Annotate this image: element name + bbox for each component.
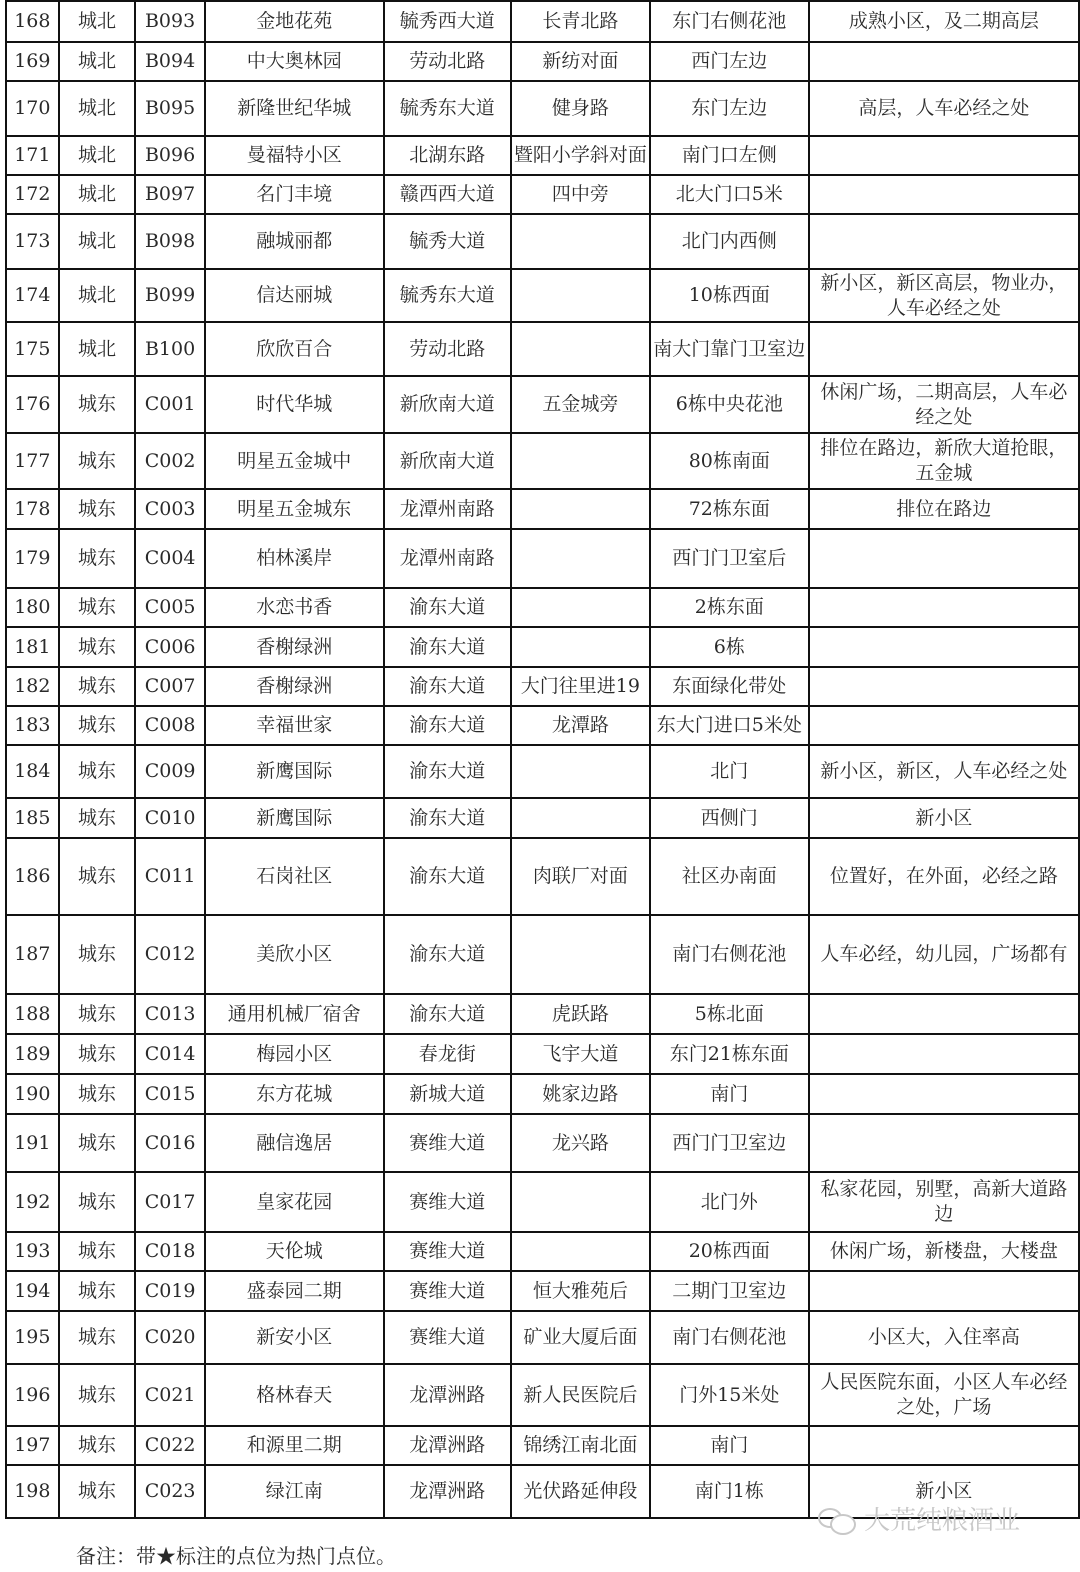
cell-location: 10栋西面 [650,269,809,322]
cell-community: 时代华城 [205,376,384,433]
cell-index: 195 [6,1311,59,1364]
cell-road: 渝东大道 [384,838,511,915]
cell-road: 劳动北路 [384,42,511,81]
cell-road: 赛维大道 [384,1114,511,1172]
cell-adjacent-road [511,1172,650,1232]
cell-index: 171 [6,136,59,175]
cell-code: B097 [135,175,205,214]
cell-index: 188 [6,994,59,1034]
cell-location: 北大门口5米 [650,175,809,214]
cell-community: 格林春天 [205,1364,384,1426]
cell-code: C002 [135,433,205,489]
cell-location: 东面绿化带处 [650,667,809,706]
watermark-text: 大荒纯粮酒业 [864,1500,1020,1537]
cell-adjacent-road [511,588,650,627]
cell-adjacent-road: 恒大雅苑后 [511,1271,650,1311]
cell-adjacent-road: 虎跃路 [511,994,650,1034]
cell-adjacent-road: 姚家边路 [511,1074,650,1114]
table-row: 184城东C009新鹰国际渝东大道北门新小区，新区，人车必经之处 [6,745,1079,798]
cell-index: 193 [6,1232,59,1271]
cell-road: 新欣南大道 [384,376,511,433]
cell-adjacent-road: 四中旁 [511,175,650,214]
cell-remark [809,42,1079,81]
cell-remark [809,136,1079,175]
cell-community: 新鹰国际 [205,745,384,798]
table-row: 183城东C008幸福世家渝东大道龙潭路东大门进口5米处 [6,706,1079,745]
cell-location: 西门门卫室边 [650,1114,809,1172]
cell-remark [809,1074,1079,1114]
footnote: 备注：带★标注的点位为热门点位。 [76,1540,396,1569]
cell-location: 南门 [650,1074,809,1114]
wechat-icon [818,1506,858,1532]
cell-code: C023 [135,1465,205,1518]
cell-district: 城东 [59,1465,136,1518]
cell-code: C021 [135,1364,205,1426]
cell-index: 174 [6,269,59,322]
cell-remark [809,322,1079,376]
table-row: 188城东C013通用机械厂宿舍渝东大道虎跃路5栋北面 [6,994,1079,1034]
cell-location: 南门1栋 [650,1465,809,1518]
cell-road: 赛维大道 [384,1311,511,1364]
cell-adjacent-road: 新纺对面 [511,42,650,81]
cell-adjacent-road: 长青北路 [511,1,650,42]
table-row: 173城北B098融城丽都毓秀大道北门内西侧 [6,214,1079,269]
cell-community: 通用机械厂宿舍 [205,994,384,1034]
cell-adjacent-road: 肉联厂对面 [511,838,650,915]
cell-adjacent-road [511,433,650,489]
cell-code: C020 [135,1311,205,1364]
table-row: 195城东C020新安小区赛维大道矿业大厦后面南门右侧花池小区大，入住率高 [6,1311,1079,1364]
table-row: 189城东C014梅园小区春龙街飞宇大道东门21栋东面 [6,1034,1079,1074]
cell-remark: 人车必经，幼儿园，广场都有 [809,915,1079,994]
cell-index: 179 [6,529,59,588]
cell-remark [809,1114,1079,1172]
table-row: 180城东C005水恋书香渝东大道2栋东面 [6,588,1079,627]
cell-road: 龙潭州南路 [384,489,511,529]
cell-district: 城东 [59,376,136,433]
cell-road: 毓秀东大道 [384,81,511,136]
cell-community: 香榭绿洲 [205,627,384,667]
cell-remark: 排位在路边，新欣大道抢眼，五金城 [809,433,1079,489]
cell-district: 城东 [59,915,136,994]
cell-remark: 小区大，入住率高 [809,1311,1079,1364]
cell-code: C012 [135,915,205,994]
cell-remark: 新小区 [809,798,1079,838]
table-row: 187城东C012美欣小区渝东大道南门右侧花池人车必经，幼儿园，广场都有 [6,915,1079,994]
cell-district: 城东 [59,706,136,745]
cell-location: 72栋东面 [650,489,809,529]
cell-road: 新欣南大道 [384,433,511,489]
cell-location: 二期门卫室边 [650,1271,809,1311]
cell-adjacent-road [511,489,650,529]
cell-district: 城东 [59,627,136,667]
cell-code: C001 [135,376,205,433]
cell-district: 城东 [59,798,136,838]
cell-location: 西门门卫室后 [650,529,809,588]
cell-adjacent-road: 龙兴路 [511,1114,650,1172]
cell-community: 明星五金城东 [205,489,384,529]
cell-community: 融城丽都 [205,214,384,269]
cell-community: 石岗社区 [205,838,384,915]
cell-remark: 人民医院东面，小区人车必经之处，广场 [809,1364,1079,1426]
cell-district: 城东 [59,838,136,915]
cell-community: 柏林溪岸 [205,529,384,588]
cell-community: 曼福特小区 [205,136,384,175]
cell-remark [809,706,1079,745]
cell-road: 渝东大道 [384,627,511,667]
cell-road: 渝东大道 [384,667,511,706]
cell-location: 东大门进口5米处 [650,706,809,745]
cell-road: 赛维大道 [384,1271,511,1311]
cell-remark [809,1271,1079,1311]
cell-location: 南门右侧花池 [650,915,809,994]
cell-community: 欣欣百合 [205,322,384,376]
cell-district: 城东 [59,1114,136,1172]
cell-code: C005 [135,588,205,627]
watermark: 大荒纯粮酒业 [818,1500,1020,1537]
cell-district: 城东 [59,588,136,627]
cell-community: 皇家花园 [205,1172,384,1232]
table-row: 191城东C016融信逸居赛维大道龙兴路西门门卫室边 [6,1114,1079,1172]
cell-code: C009 [135,745,205,798]
cell-index: 185 [6,798,59,838]
cell-remark: 休闲广场，新楼盘，大楼盘 [809,1232,1079,1271]
cell-location: 6栋中央花池 [650,376,809,433]
cell-community: 名门丰境 [205,175,384,214]
cell-code: C017 [135,1172,205,1232]
cell-code: C008 [135,706,205,745]
cell-district: 城北 [59,175,136,214]
cell-adjacent-road: 矿业大厦后面 [511,1311,650,1364]
table-row: 171城北B096曼福特小区北湖东路暨阳小学斜对面南门口左侧 [6,136,1079,175]
table-row: 177城东C002明星五金城中新欣南大道80栋南面排位在路边，新欣大道抢眼，五金… [6,433,1079,489]
cell-district: 城东 [59,1311,136,1364]
cell-district: 城东 [59,1034,136,1074]
cell-road: 赣西西大道 [384,175,511,214]
cell-code: B099 [135,269,205,322]
cell-road: 龙潭洲路 [384,1465,511,1518]
cell-code: C004 [135,529,205,588]
table-row: 197城东C022和源里二期龙潭洲路锦绣江南北面南门 [6,1426,1079,1465]
cell-code: C016 [135,1114,205,1172]
cell-location: 20栋西面 [650,1232,809,1271]
cell-location: 东门左边 [650,81,809,136]
cell-road: 劳动北路 [384,322,511,376]
cell-road: 渝东大道 [384,994,511,1034]
table-row: 175城北B100欣欣百合劳动北路南大门靠门卫室边 [6,322,1079,376]
cell-remark: 高层，人车必经之处 [809,81,1079,136]
cell-index: 197 [6,1426,59,1465]
cell-road: 龙潭州南路 [384,529,511,588]
cell-location: 东门21栋东面 [650,1034,809,1074]
cell-code: C015 [135,1074,205,1114]
cell-district: 城东 [59,1364,136,1426]
cell-remark: 成熟小区，及二期高层 [809,1,1079,42]
cell-district: 城东 [59,1232,136,1271]
cell-road: 毓秀西大道 [384,1,511,42]
cell-adjacent-road: 新人民医院后 [511,1364,650,1426]
cell-code: C013 [135,994,205,1034]
cell-district: 城东 [59,667,136,706]
cell-community: 信达丽城 [205,269,384,322]
cell-district: 城东 [59,1074,136,1114]
cell-index: 173 [6,214,59,269]
cell-district: 城北 [59,81,136,136]
cell-index: 198 [6,1465,59,1518]
cell-district: 城东 [59,1426,136,1465]
cell-index: 172 [6,175,59,214]
cell-remark [809,627,1079,667]
table-row: 186城东C011石岗社区渝东大道肉联厂对面社区办南面位置好，在外面，必经之路 [6,838,1079,915]
cell-location: 东门右侧花池 [650,1,809,42]
cell-remark [809,667,1079,706]
cell-district: 城东 [59,1172,136,1232]
cell-road: 毓秀东大道 [384,269,511,322]
cell-district: 城北 [59,136,136,175]
cell-community: 融信逸居 [205,1114,384,1172]
cell-adjacent-road: 锦绣江南北面 [511,1426,650,1465]
cell-location: 门外15米处 [650,1364,809,1426]
table-row: 185城东C010新鹰国际渝东大道西侧门新小区 [6,798,1079,838]
table-row: 179城东C004柏林溪岸龙潭州南路西门门卫室后 [6,529,1079,588]
cell-adjacent-road [511,745,650,798]
cell-index: 187 [6,915,59,994]
cell-road: 渝东大道 [384,798,511,838]
cell-code: B095 [135,81,205,136]
cell-code: C010 [135,798,205,838]
cell-code: C007 [135,667,205,706]
cell-road: 渝东大道 [384,745,511,798]
cell-location: 西侧门 [650,798,809,838]
cell-index: 186 [6,838,59,915]
cell-adjacent-road [511,627,650,667]
cell-remark [809,529,1079,588]
cell-remark: 休闲广场，二期高层，人车必经之处 [809,376,1079,433]
cell-index: 184 [6,745,59,798]
cell-district: 城北 [59,322,136,376]
cell-adjacent-road [511,322,650,376]
cell-road: 龙潭洲路 [384,1364,511,1426]
cell-index: 196 [6,1364,59,1426]
cell-community: 幸福世家 [205,706,384,745]
table-row: 178城东C003明星五金城东龙潭州南路72栋东面排位在路边 [6,489,1079,529]
cell-community: 新安小区 [205,1311,384,1364]
cell-index: 191 [6,1114,59,1172]
cell-road: 龙潭洲路 [384,1426,511,1465]
cell-index: 189 [6,1034,59,1074]
data-table: 168城北B093金地花苑毓秀西大道长青北路东门右侧花池成熟小区，及二期高层16… [5,0,1080,1519]
cell-index: 194 [6,1271,59,1311]
table-row: 190城东C015东方花城新城大道姚家边路南门 [6,1074,1079,1114]
cell-index: 183 [6,706,59,745]
cell-adjacent-road: 五金城旁 [511,376,650,433]
table-row: 176城东C001时代华城新欣南大道五金城旁6栋中央花池休闲广场，二期高层，人车… [6,376,1079,433]
cell-remark: 新小区，新区高层，物业办，人车必经之处 [809,269,1079,322]
cell-adjacent-road: 飞宇大道 [511,1034,650,1074]
cell-district: 城东 [59,433,136,489]
cell-index: 170 [6,81,59,136]
cell-location: 南大门靠门卫室边 [650,322,809,376]
cell-code: B098 [135,214,205,269]
cell-adjacent-road: 龙潭路 [511,706,650,745]
cell-code: C022 [135,1426,205,1465]
cell-community: 金地花苑 [205,1,384,42]
cell-index: 175 [6,322,59,376]
cell-remark: 私家花园，别墅，高新大道路边 [809,1172,1079,1232]
cell-location: 南门口左侧 [650,136,809,175]
cell-index: 180 [6,588,59,627]
cell-remark [809,994,1079,1034]
cell-community: 和源里二期 [205,1426,384,1465]
cell-index: 178 [6,489,59,529]
cell-code: C006 [135,627,205,667]
cell-index: 177 [6,433,59,489]
cell-location: 北门内西侧 [650,214,809,269]
cell-code: C003 [135,489,205,529]
table-row: 168城北B093金地花苑毓秀西大道长青北路东门右侧花池成熟小区，及二期高层 [6,1,1079,42]
cell-location: 2栋东面 [650,588,809,627]
cell-index: 192 [6,1172,59,1232]
cell-district: 城东 [59,994,136,1034]
cell-community: 绿江南 [205,1465,384,1518]
cell-road: 渝东大道 [384,588,511,627]
cell-road: 渝东大道 [384,915,511,994]
cell-adjacent-road [511,798,650,838]
cell-code: B096 [135,136,205,175]
cell-remark: 新小区，新区，人车必经之处 [809,745,1079,798]
cell-district: 城东 [59,1271,136,1311]
cell-location: 南门 [650,1426,809,1465]
table-row: 182城东C007香榭绿洲渝东大道大门往里进19东面绿化带处 [6,667,1079,706]
cell-code: B093 [135,1,205,42]
table-row: 169城北B094中大奥林园劳动北路新纺对面西门左边 [6,42,1079,81]
cell-adjacent-road: 暨阳小学斜对面 [511,136,650,175]
cell-code: C018 [135,1232,205,1271]
cell-remark: 位置好，在外面，必经之路 [809,838,1079,915]
table-row: 170城北B095新隆世纪华城毓秀东大道健身路东门左边高层，人车必经之处 [6,81,1079,136]
cell-index: 168 [6,1,59,42]
cell-adjacent-road [511,529,650,588]
cell-location: 5栋北面 [650,994,809,1034]
cell-remark: 排位在路边 [809,489,1079,529]
cell-road: 赛维大道 [384,1172,511,1232]
table-row: 192城东C017皇家花园赛维大道北门外私家花园，别墅，高新大道路边 [6,1172,1079,1232]
cell-location: 北门外 [650,1172,809,1232]
cell-community: 水恋书香 [205,588,384,627]
cell-district: 城北 [59,1,136,42]
cell-location: 西门左边 [650,42,809,81]
cell-community: 东方花城 [205,1074,384,1114]
cell-index: 176 [6,376,59,433]
cell-community: 新鹰国际 [205,798,384,838]
cell-road: 春龙街 [384,1034,511,1074]
cell-community: 中大奥林园 [205,42,384,81]
cell-district: 城北 [59,214,136,269]
cell-community: 美欣小区 [205,915,384,994]
cell-district: 城北 [59,269,136,322]
cell-index: 181 [6,627,59,667]
cell-adjacent-road [511,269,650,322]
cell-index: 190 [6,1074,59,1114]
cell-road: 北湖东路 [384,136,511,175]
cell-road: 毓秀大道 [384,214,511,269]
cell-road: 渝东大道 [384,706,511,745]
cell-district: 城东 [59,529,136,588]
cell-remark [809,1034,1079,1074]
cell-community: 梅园小区 [205,1034,384,1074]
cell-community: 盛泰园二期 [205,1271,384,1311]
cell-code: B094 [135,42,205,81]
table-row: 181城东C006香榭绿洲渝东大道6栋 [6,627,1079,667]
table-row: 172城北B097名门丰境赣西西大道四中旁北大门口5米 [6,175,1079,214]
cell-location: 南门右侧花池 [650,1311,809,1364]
cell-district: 城北 [59,42,136,81]
cell-index: 169 [6,42,59,81]
cell-code: C014 [135,1034,205,1074]
cell-community: 明星五金城中 [205,433,384,489]
cell-index: 182 [6,667,59,706]
table-row: 194城东C019盛泰园二期赛维大道恒大雅苑后二期门卫室边 [6,1271,1079,1311]
cell-district: 城东 [59,489,136,529]
cell-adjacent-road: 健身路 [511,81,650,136]
cell-code: C019 [135,1271,205,1311]
cell-location: 6栋 [650,627,809,667]
table-row: 193城东C018天伦城赛维大道20栋西面休闲广场，新楼盘，大楼盘 [6,1232,1079,1271]
cell-community: 天伦城 [205,1232,384,1271]
cell-code: B100 [135,322,205,376]
cell-remark [809,588,1079,627]
cell-district: 城东 [59,745,136,798]
cell-adjacent-road: 光伏路延伸段 [511,1465,650,1518]
table-row: 174城北B099信达丽城毓秀东大道10栋西面新小区，新区高层，物业办，人车必经… [6,269,1079,322]
cell-location: 社区办南面 [650,838,809,915]
cell-adjacent-road [511,915,650,994]
cell-remark [809,214,1079,269]
cell-adjacent-road [511,214,650,269]
cell-adjacent-road [511,1232,650,1271]
cell-community: 香榭绿洲 [205,667,384,706]
cell-code: C011 [135,838,205,915]
cell-remark [809,175,1079,214]
cell-remark [809,1426,1079,1465]
table-row: 196城东C021格林春天龙潭洲路新人民医院后门外15米处人民医院东面，小区人车… [6,1364,1079,1426]
cell-road: 赛维大道 [384,1232,511,1271]
cell-adjacent-road: 大门往里进19 [511,667,650,706]
cell-location: 北门 [650,745,809,798]
cell-community: 新隆世纪华城 [205,81,384,136]
cell-location: 80栋南面 [650,433,809,489]
cell-road: 新城大道 [384,1074,511,1114]
table-body: 168城北B093金地花苑毓秀西大道长青北路东门右侧花池成熟小区，及二期高层16… [6,1,1079,1518]
